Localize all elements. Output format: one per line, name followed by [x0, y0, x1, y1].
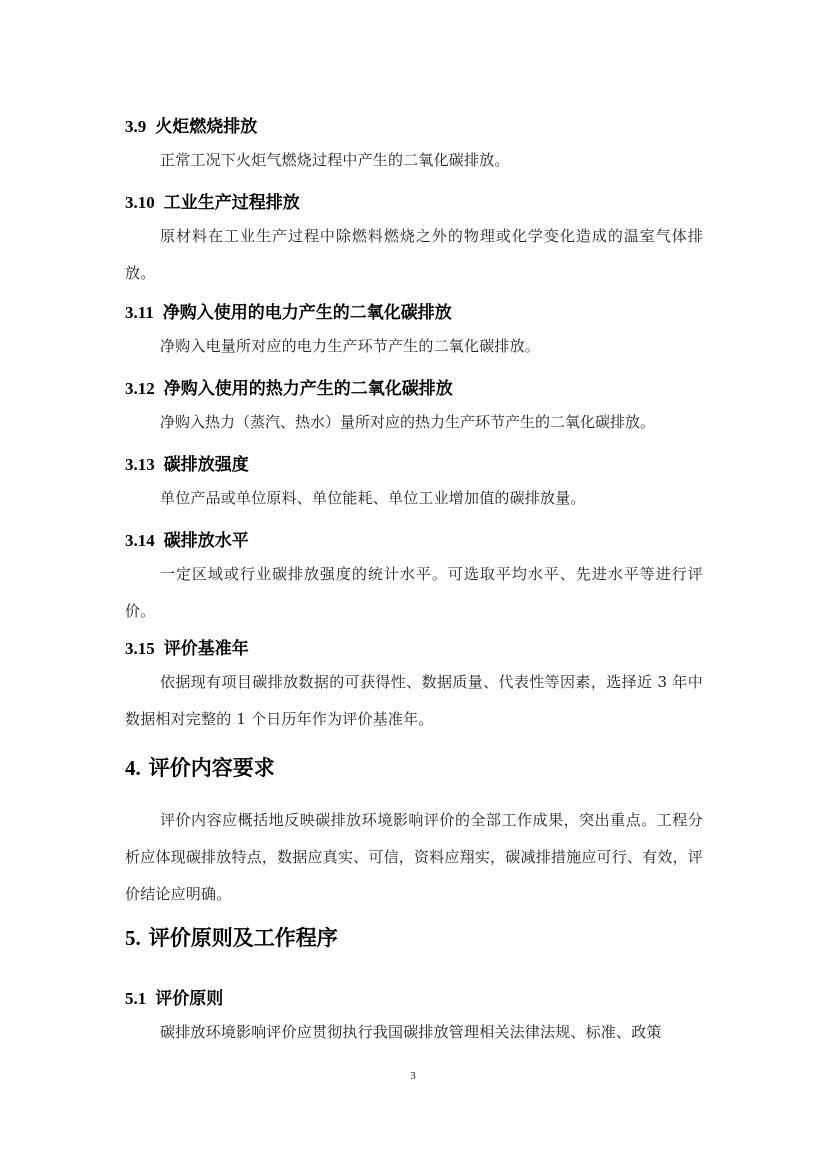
- section-heading-3-15: 3.15评价基准年: [125, 634, 249, 659]
- chapter-heading-5: 5.评价原则及工作程序: [125, 922, 338, 952]
- section-title: 碳排放强度: [164, 455, 249, 475]
- section-number: 3.15: [125, 639, 155, 658]
- section-number: 3.10: [125, 193, 155, 212]
- section-number: 3.12: [125, 379, 155, 398]
- section-title: 工业生产过程排放: [164, 193, 300, 213]
- section-heading-3-10: 3.10工业生产过程排放: [125, 188, 300, 213]
- section-title: 评价基准年: [164, 639, 249, 659]
- document-page: 3.9火炬燃烧排放 正常工况下火炬气燃烧过程中产生的二氧化碳排放。 3.10工业…: [0, 0, 826, 1169]
- chapter-heading-4: 4.评价内容要求: [125, 752, 275, 782]
- section-title: 净购入使用的电力产生的二氧化碳排放: [163, 303, 452, 323]
- section-body-3-15: 依据现有项目碳排放数据的可获得性、数据质量、代表性等因素，选择近 3 年中数据相…: [125, 664, 703, 738]
- chapter-title: 评价内容要求: [149, 756, 275, 780]
- section-body-3-10: 原材料在工业生产过程中除燃料燃烧之外的物理或化学变化造成的温室气体排放。: [125, 218, 703, 292]
- chapter-number: 5.: [125, 926, 141, 950]
- section-number: 3.13: [125, 455, 155, 474]
- section-title: 评价原则: [155, 989, 223, 1009]
- chapter-4-body: 评价内容应概括地反映碳排放环境影响评价的全部工作成果，突出重点。工程分析应体现碳…: [125, 802, 703, 913]
- section-heading-3-14: 3.14碳排放水平: [125, 526, 249, 551]
- chapter-title: 评价原则及工作程序: [149, 926, 338, 950]
- section-number: 3.9: [125, 117, 146, 136]
- section-number: 3.14: [125, 531, 155, 550]
- chapter-number: 4.: [125, 756, 141, 780]
- section-heading-3-13: 3.13碳排放强度: [125, 450, 249, 475]
- section-number: 5.1: [125, 989, 146, 1008]
- section-title: 碳排放水平: [164, 531, 249, 551]
- section-body-3-13: 单位产品或单位原料、单位能耗、单位工业增加值的碳排放量。: [125, 480, 703, 517]
- section-body-3-9: 正常工况下火炬气燃烧过程中产生的二氧化碳排放。: [125, 142, 703, 179]
- section-heading-3-12: 3.12净购入使用的热力产生的二氧化碳排放: [125, 374, 453, 399]
- section-title: 净购入使用的热力产生的二氧化碳排放: [164, 379, 453, 399]
- page-number: 3: [0, 1070, 826, 1082]
- section-body-3-14: 一定区域或行业碳排放强度的统计水平。可选取平均水平、先进水平等进行评价。: [125, 556, 703, 630]
- section-number: 3.11: [125, 303, 154, 322]
- section-heading-5-1: 5.1评价原则: [125, 984, 223, 1009]
- section-heading-3-11: 3.11净购入使用的电力产生的二氧化碳排放: [125, 298, 452, 323]
- section-body-3-12: 净购入热力（蒸汽、热水）量所对应的热力生产环节产生的二氧化碳排放。: [125, 404, 703, 441]
- section-body-3-11: 净购入电量所对应的电力生产环节产生的二氧化碳排放。: [125, 328, 703, 365]
- section-title: 火炬燃烧排放: [155, 117, 257, 137]
- section-body-5-1: 碳排放环境影响评价应贯彻执行我国碳排放管理相关法律法规、标准、政策: [125, 1014, 703, 1051]
- section-heading-3-9: 3.9火炬燃烧排放: [125, 112, 257, 137]
